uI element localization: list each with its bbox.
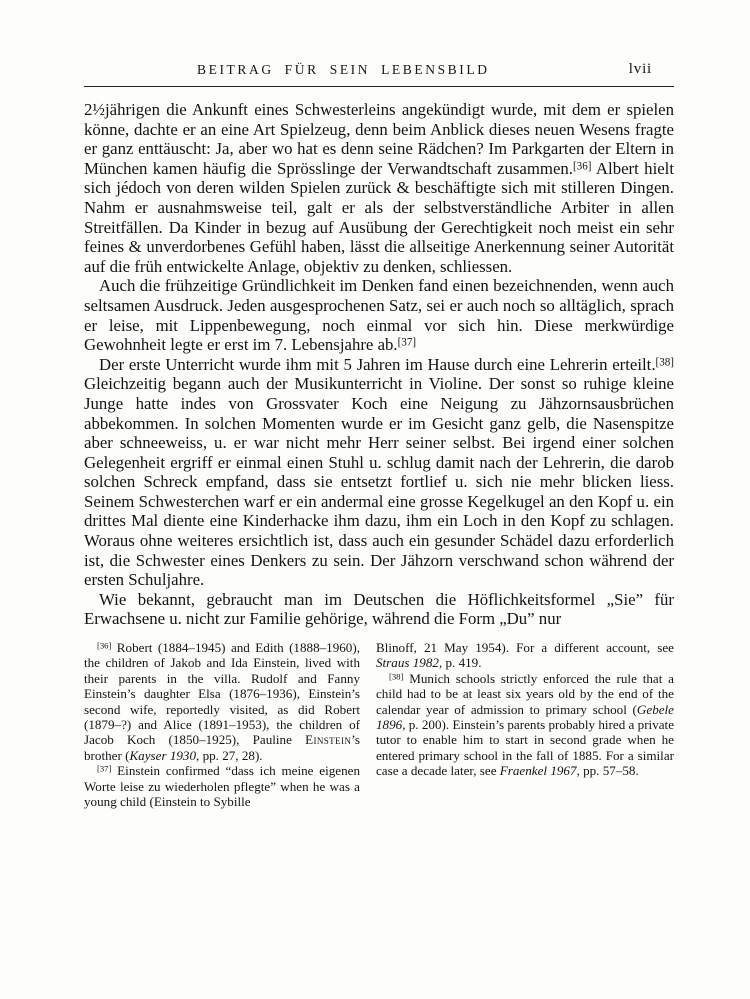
text-segment: , p. 419. xyxy=(439,655,482,670)
book-page: BEITRAG FÜR SEIN LEBENSBILD lvii 2½jähri… xyxy=(0,0,750,999)
text-segment: Robert (1884–1945) and Edith (1888–1960)… xyxy=(84,640,360,747)
text-segment: Munich schools strictly enforced the rul… xyxy=(376,671,674,717)
page-content: BEITRAG FÜR SEIN LEBENSBILD lvii 2½jähri… xyxy=(84,62,674,810)
text-segment: Gleichzeitig begann auch der Musikunterr… xyxy=(84,374,674,589)
footnote-marker: [37] xyxy=(398,336,416,348)
footnote-marker: [36] xyxy=(97,640,111,650)
footnote-column-left: [36] Robert (1884–1945) and Edith (1888–… xyxy=(84,640,360,809)
page-number: lvii xyxy=(629,61,652,78)
body-paragraph-1: 2½jährigen die Ankunft eines Schwesterle… xyxy=(84,100,674,276)
body-paragraph-2: Auch die frühzeitige Gründlichkeit im De… xyxy=(84,276,674,354)
footnote-37: [37] Einstein confirmed “dass ich meine … xyxy=(84,763,360,809)
footnote-marker: [38] xyxy=(389,671,403,681)
body-paragraph-4: Wie bekannt, gebraucht man im Deutschen … xyxy=(84,590,674,629)
text-segment: , pp. 27, 28). xyxy=(196,748,263,763)
text-segment: Wie bekannt, gebraucht man im Deutschen … xyxy=(84,590,674,629)
footnote-36: [36] Robert (1884–1945) and Edith (1888–… xyxy=(84,640,360,763)
body-paragraph-3: Der erste Unterricht wurde ihm mit 5 Jah… xyxy=(84,355,674,590)
footnote-marker: [37] xyxy=(97,764,111,774)
footnote-38: [38] Munich schools strictly enforced th… xyxy=(376,671,674,779)
text-segment: Auch die frühzeitige Gründlichkeit im De… xyxy=(84,276,674,354)
footnote-column-right: Blinoff, 21 May 1954). For a different a… xyxy=(376,640,674,809)
footnotes-section: [36] Robert (1884–1945) and Edith (1888–… xyxy=(84,640,674,809)
text-segment: , pp. 57–58. xyxy=(577,763,639,778)
text-segment: Einstein confirmed “dass ich meine eigen… xyxy=(84,763,360,809)
footnote-marker: [38] xyxy=(656,356,674,368)
text-segment: Der erste Unterricht wurde ihm mit 5 Jah… xyxy=(99,355,656,374)
text-segment: Fraenkel 1967 xyxy=(500,763,577,778)
text-segment: Blinoff, 21 May 1954). For a different a… xyxy=(376,640,674,655)
text-segment: Einstein xyxy=(305,732,351,747)
footnote-marker: [36] xyxy=(573,160,591,172)
footnote-37-continuation: Blinoff, 21 May 1954). For a different a… xyxy=(376,640,674,671)
running-head-title: BEITRAG FÜR SEIN LEBENSBILD xyxy=(197,62,490,78)
page-header: BEITRAG FÜR SEIN LEBENSBILD lvii xyxy=(84,62,674,87)
text-segment: Kayser 1930 xyxy=(129,748,196,763)
body-text: 2½jährigen die Ankunft eines Schwesterle… xyxy=(84,100,674,629)
text-segment: Straus 1982 xyxy=(376,655,439,670)
